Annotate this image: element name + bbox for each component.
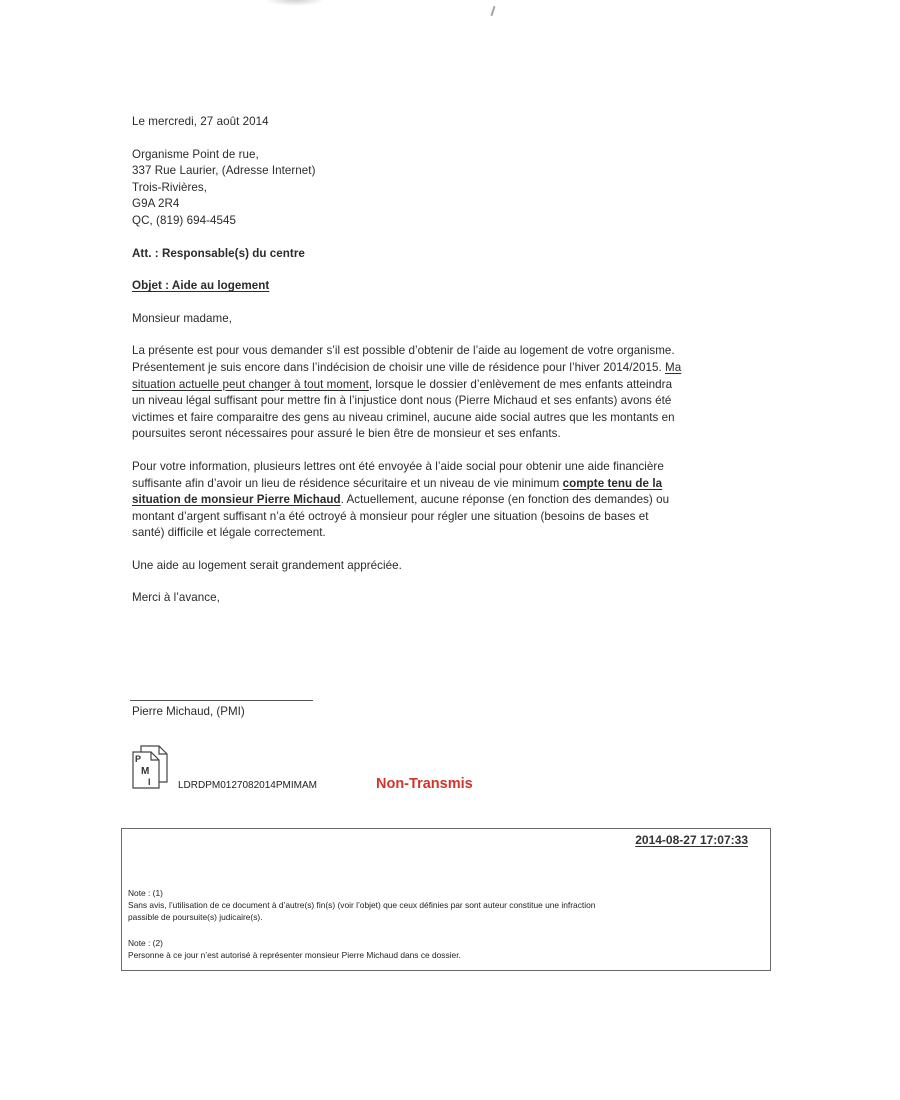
paragraph-line: Présentement je suis encore dans l’indéc… [132,360,792,377]
paragraph-line: suffisante afin d’avoir un lieu de résid… [132,476,792,493]
signature-name: Pierre Michaud, (PMI) [132,704,245,720]
paragraph-information: Pour votre information, plusieurs lettre… [132,459,792,542]
scan-artifact [491,6,496,16]
paragraph-line: situation de monsieur Pierre Michaud. Ac… [132,492,792,509]
scan-artifact [265,0,325,6]
document-reference-code: LDRDPM0127082014PMIMAM [178,780,317,792]
recipient-postal-code: G9A 2R4 [132,196,792,213]
attention-line: Att. : Responsable(s) du centre [132,246,792,263]
paragraph-line: situation actuelle peut changer à tout m… [132,377,792,394]
emphasis-bold-underlined: compte tenu de la [563,477,662,490]
paragraph-line: montant d’argent suffisant n’a été octro… [132,509,792,526]
salutation: Monsieur madame, [132,311,792,328]
recipient-address-block: Organisme Point de rue, 337 Rue Laurier,… [132,147,792,230]
paragraph-line: un niveau légal suffisant pour mettre fi… [132,393,792,410]
legal-notice-box: 2014-08-27 17:07:33 Note : (1) Sans avis… [121,828,771,971]
closing-request: Une aide au logement serait grandement a… [132,558,792,575]
note-1: Note : (1) Sans avis, l’utilisation de c… [128,887,764,923]
recipient-organization: Organisme Point de rue, [132,147,792,164]
note-1-text: Sans avis, l’utilisation de ce document … [128,899,764,911]
paragraph-request: La présente est pour vous demander s’il … [132,343,792,443]
note-1-text: passible de poursuite(s) judicaire(s). [128,911,764,923]
notice-timestamp: 2014-08-27 17:07:33 [635,833,748,847]
letter-date: Le mercredi, 27 août 2014 [132,114,792,131]
closing-phrase: Merci à l’avance, [132,590,792,607]
recipient-city: Trois-Rivières, [132,180,792,197]
paragraph-line: Pour votre information, plusieurs lettre… [132,459,792,476]
note-2-text: Personne à ce jour n’est autorisé à repr… [128,949,764,961]
paragraph-line: victimes et faire comparaitre des gens a… [132,410,792,427]
letter-body: Le mercredi, 27 août 2014 Organisme Poin… [132,114,792,607]
subject-line: Objet : Aide au logement [132,278,792,295]
svg-text:M: M [141,766,149,777]
note-2-title: Note : (2) [128,937,764,949]
note-2: Note : (2) Personne à ce jour n’est auto… [128,937,764,961]
recipient-street: 337 Rue Laurier, (Adresse Internet) [132,163,792,180]
transmission-status: Non-Transmis [376,775,473,793]
recipient-province-phone: QC, (819) 694-4545 [132,213,792,230]
pmi-document-icon: P M I [131,744,175,790]
signature-line [130,700,313,701]
emphasis-underlined: situation actuelle peut changer à tout m… [132,378,369,391]
emphasis-underlined: Ma [665,361,681,374]
paragraph-line: santé) difficile et légale correctement. [132,525,792,542]
note-1-title: Note : (1) [128,887,764,899]
paragraph-line: La présente est pour vous demander s’il … [132,343,792,360]
emphasis-bold-underlined: situation de monsieur Pierre Michaud [132,493,341,506]
svg-text:P: P [135,754,141,764]
paragraph-line: poursuites seront nécessaires pour assur… [132,426,792,443]
scanned-letter-page: Le mercredi, 27 août 2014 Organisme Poin… [0,0,900,1100]
svg-text:I: I [148,777,151,787]
